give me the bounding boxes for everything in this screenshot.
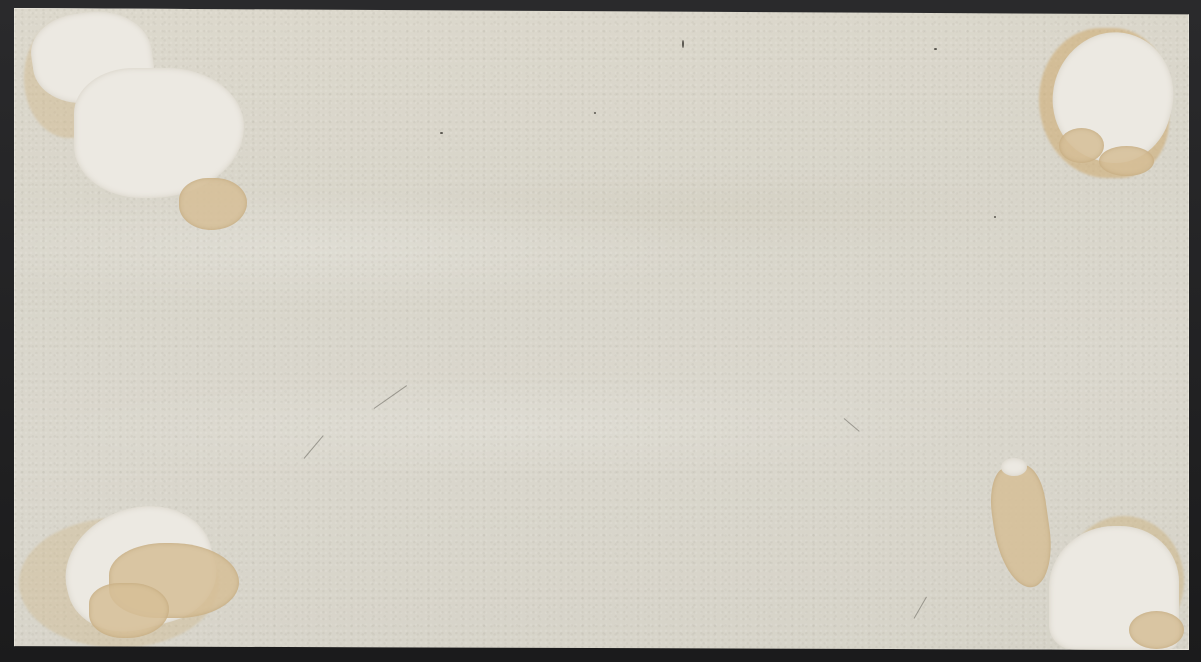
adhesive-residue-bottom-right	[989, 456, 1189, 650]
speck	[934, 48, 937, 50]
speck	[682, 40, 684, 48]
adhesive-residue-top-right	[1039, 18, 1189, 188]
adhesive-residue-top-left	[14, 8, 274, 248]
speck	[594, 112, 596, 114]
speck	[994, 216, 996, 218]
card-back	[14, 8, 1189, 650]
dark-background	[0, 0, 1201, 662]
speck	[440, 132, 443, 134]
adhesive-residue-bottom-left	[19, 488, 259, 648]
